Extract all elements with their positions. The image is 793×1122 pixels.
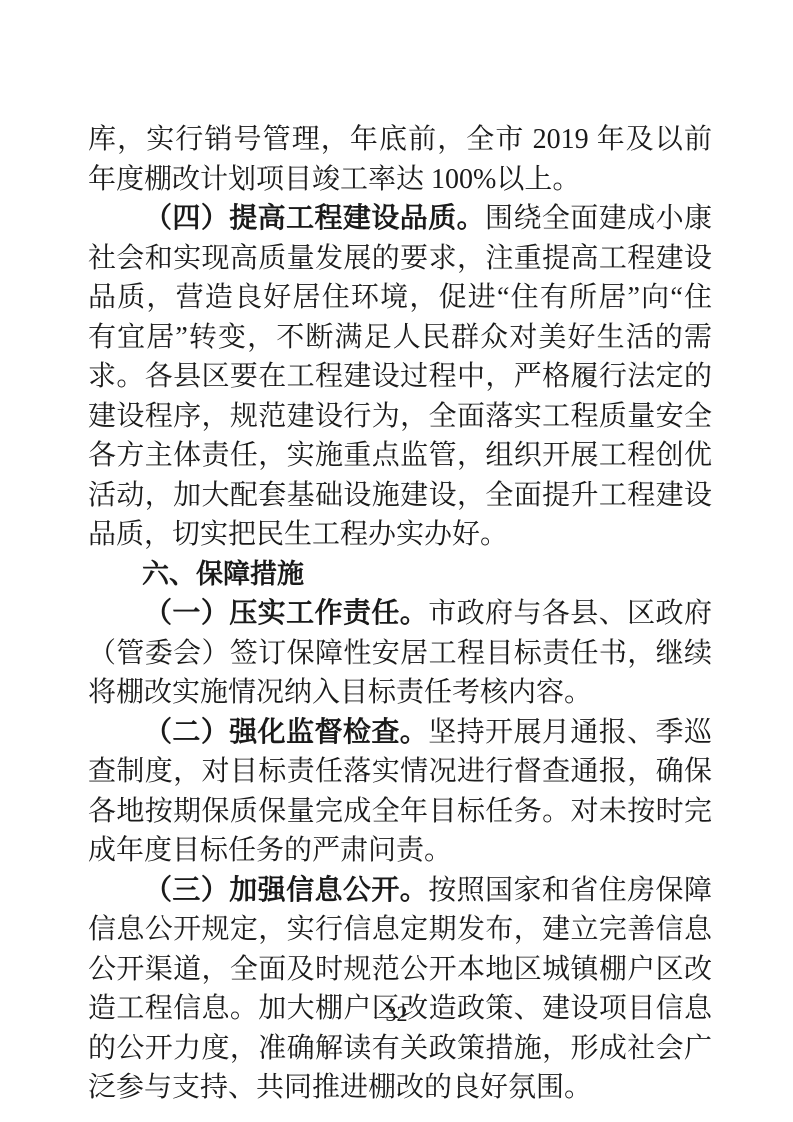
paragraph-item-one: （一）压实工作责任。市政府与各县、区政府（管委会）签订保障性安居工程目标责任书，… [88,594,712,713]
paragraph-text: 库，实行销号管理，年底前，全市 2019 年及以前年度棚改计划项目竣工率达 10… [88,124,712,195]
paragraph-text: 按照国家和省住房保障信息公开规定，实行信息定期发布，建立完善信息公开渠道，全面及… [88,875,712,1104]
paragraph-item-four: （四）提高工程建设品质。围绕全面建成小康社会和实现高质量发展的要求，注重提高工程… [88,199,712,555]
paragraph-text: 围绕全面建成小康社会和实现高质量发展的要求，注重提高工程建设品质，营造良好居住环… [88,203,712,550]
document-body: 库，实行销号管理，年底前，全市 2019 年及以前年度棚改计划项目竣工率达 10… [88,120,712,1108]
paragraph-lead: （二）强化监督检查。 [144,717,428,748]
paragraph-continuation: 库，实行销号管理，年底前，全市 2019 年及以前年度棚改计划项目竣工率达 10… [88,120,712,199]
document-page: 库，实行销号管理，年底前，全市 2019 年及以前年度棚改计划项目竣工率达 10… [0,0,793,1122]
page-number: 32 [0,1000,793,1028]
paragraph-item-three: （三）加强信息公开。按照国家和省住房保障信息公开规定，实行信息定期发布，建立完善… [88,871,712,1108]
paragraph-item-two: （二）强化监督检查。坚持开展月通报、季巡查制度，对目标责任落实情况进行督查通报，… [88,713,712,871]
paragraph-lead: （三）加强信息公开。 [144,875,428,906]
paragraph-lead: （一）压实工作责任。 [144,598,428,629]
paragraph-lead: （四）提高工程建设品质。 [144,203,485,234]
section-heading-six: 六、保障措施 [88,555,712,595]
